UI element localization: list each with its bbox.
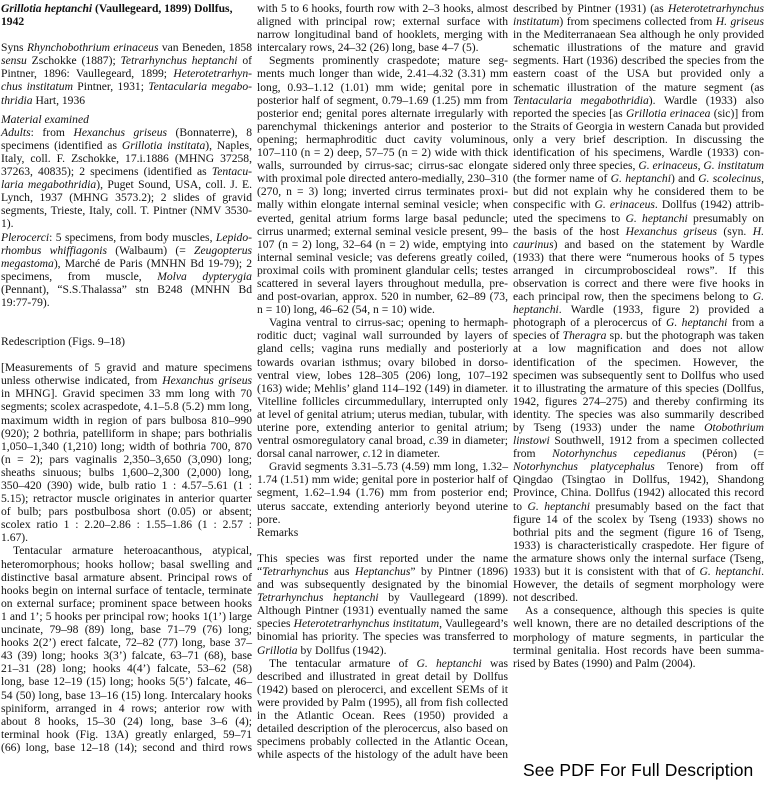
text: Hart, 1936 — [33, 94, 85, 107]
taxon-name: Heterotetrarhynchus institatum — [294, 617, 439, 630]
taxon-name: G. heptanchi — [528, 500, 591, 513]
taxon-name: Heptanchus — [355, 565, 410, 578]
text: (the former name of — [513, 172, 611, 185]
plerocerci-paragraph: Plerocerci: 5 specimens, from body muscl… — [1, 231, 252, 310]
adults-paragraph: Adults: from Hexanchus griseus (Bonnater… — [1, 126, 252, 231]
title-species-name: Grillotia heptanchi — [1, 2, 92, 15]
taxon-name: Grillotia — [257, 644, 298, 657]
text: Vagina ventral to cirrus-sac; opening to… — [257, 316, 508, 447]
material-examined-heading: Material examined — [1, 113, 252, 126]
synonyms-paragraph: Syns Rhynchobothrium erinaceus van Bened… — [1, 41, 252, 106]
adults-label: Adults — [1, 126, 31, 139]
remarks-paragraph-1: This species was first reported under th… — [257, 552, 508, 657]
text: : 5 specimens, from body muscles, — [49, 231, 216, 244]
taxon-name: Tetrarhynchus heptanchi — [257, 591, 379, 604]
species-title: Grillotia heptanchi (Vaullegeard, 1899) … — [1, 2, 252, 28]
text: Zschokke (1887); — [27, 54, 121, 67]
paper-page: Grillotia heptanchi (Vaullegeard, 1899) … — [0, 0, 765, 789]
taxon-name: Grillotia institata — [122, 139, 205, 152]
text: (Pennant), “S.S.Thalassa” stn B248 (MNHN… — [1, 283, 252, 309]
taxon-name: Notorhynchus cepedianus — [552, 447, 686, 460]
text: ) from specimens collected from — [559, 15, 715, 28]
taxon-name: Tetrarhynchus heptanchi — [121, 54, 238, 67]
taxon-name: Hexanchus griseus — [162, 374, 252, 387]
taxon-name: G. heptanchi — [611, 172, 671, 185]
taxon-name: H. griseus — [716, 15, 764, 28]
text: van Beneden, 1858 — [158, 41, 252, 54]
taxon-name: Tentacularia megabothridia — [513, 94, 649, 107]
text: aus — [329, 565, 355, 578]
text: ) and — [671, 172, 698, 185]
text: sp. but the photograph was taken at a lo… — [513, 329, 764, 434]
remarks-paragraph-3: As a consequence, although this species … — [513, 604, 764, 669]
text: Syns — [1, 41, 27, 54]
see-pdf-link[interactable]: See PDF For Full Description — [523, 764, 753, 777]
text: : from — [31, 126, 74, 139]
text: 12 in diameter. — [371, 447, 440, 460]
taxon-name: Hexanchus griseus — [626, 225, 717, 238]
taxon-name: Tetrarhynchus — [262, 565, 328, 578]
gravid-paragraph: Gravid segments 3.31–5.73 (4.59) mm long… — [257, 460, 508, 525]
taxon-name: G. heptanchi — [700, 565, 762, 578]
measurements-paragraph: [Measurements of 5 gravid and mature spe… — [1, 361, 252, 544]
taxon-name: Molva dypterygia — [157, 270, 252, 283]
taxon-name: Notorhynchus platycephalus — [513, 460, 655, 473]
taxon-name: G. heptanchi — [666, 316, 727, 329]
taxon-name: G. institatum — [703, 159, 764, 172]
taxon-name: G. scolecinus — [698, 172, 761, 185]
taxon-name: Rhynchobothrium erinaceus — [27, 41, 159, 54]
text: in MHNG]. Gravid specimen 33 mm long wit… — [1, 387, 252, 544]
taxon-name: Theragra — [563, 329, 607, 342]
plerocerci-label: Plerocerci — [1, 231, 49, 244]
taxon-name: G. erinaceus — [595, 198, 655, 211]
taxon-name: G. erinaceus — [638, 159, 697, 172]
text-italic: c. — [363, 447, 371, 460]
segments-paragraph: Segments prominently craspedote; mature … — [257, 54, 508, 316]
taxon-name: G. heptanchi — [626, 212, 688, 225]
text: Pintner, 1931; — [73, 80, 148, 93]
remarks-heading: Remarks — [257, 526, 508, 539]
taxon-name: sensu — [1, 54, 27, 67]
text: (syn. — [717, 225, 753, 238]
text: (Walbaum) (= — [107, 244, 194, 257]
vagina-paragraph: Vagina ventral to cirrus-sac; opening to… — [257, 316, 508, 460]
taxon-name: G. heptanchi — [417, 657, 482, 670]
text: in the Mediterranaean Sea although he on… — [513, 28, 764, 93]
taxon-name: Hexanchus griseus — [73, 126, 167, 139]
text-italic: c. — [429, 434, 437, 447]
taxon-name: Grillotia erinacea — [626, 107, 710, 120]
text: (Péron) (= — [686, 447, 764, 460]
three-column-flow: Grillotia heptanchi (Vaullegeard, 1899) … — [1, 2, 764, 762]
redescription-heading: Redescription (Figs. 9–18) — [1, 335, 252, 348]
text: by Dollfus (1942). — [298, 644, 387, 657]
text: The tentacular armature of — [269, 657, 417, 670]
